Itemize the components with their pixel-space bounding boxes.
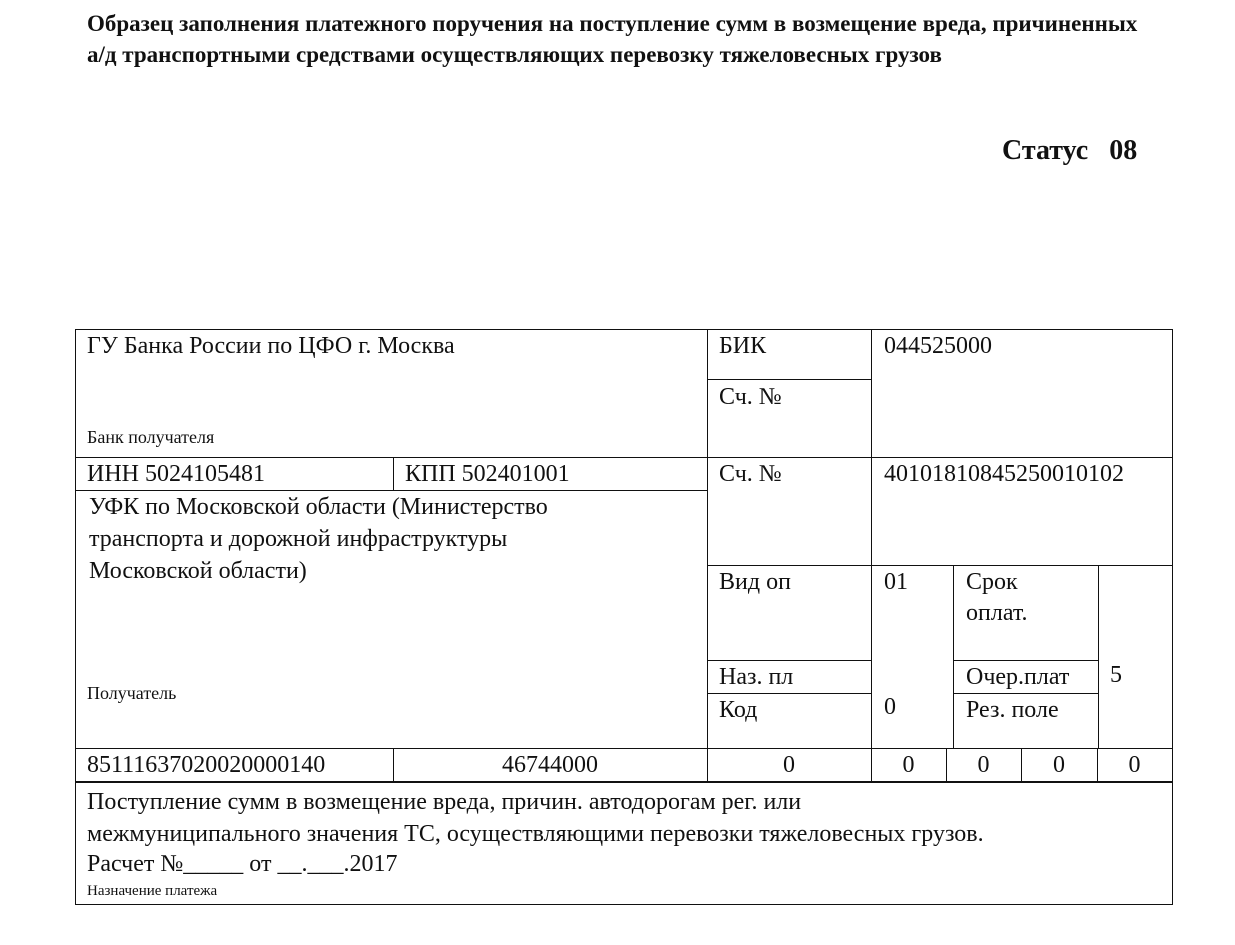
- grid-line: [871, 329, 872, 782]
- grid-line: [393, 457, 394, 490]
- recipient-name-line: транспорта и дорожной инфраструктуры: [89, 523, 507, 555]
- ocher-label: Очер.плат: [966, 661, 1069, 693]
- code-cell: 0: [707, 749, 871, 781]
- purpose-caption: Назначение платежа: [87, 883, 217, 900]
- bank-name: ГУ Банка России по ЦФО г. Москва: [87, 330, 455, 362]
- bank-account-label: Сч. №: [719, 381, 782, 413]
- vid-op-value: 01: [884, 566, 908, 598]
- bik-label: БИК: [719, 330, 766, 362]
- grid-line: [1098, 565, 1099, 748]
- recipient-caption: Получатель: [87, 683, 176, 704]
- recipient-name-line: Московской области): [89, 555, 307, 587]
- grid-line: [707, 379, 871, 380]
- purpose-line: Поступление сумм в возмещение вреда, при…: [87, 786, 801, 818]
- vid-op-label: Вид оп: [719, 566, 791, 598]
- kbk-code: 85111637020020000140: [87, 749, 325, 781]
- code-cell: 0: [946, 749, 1021, 781]
- recipient-account-value: 40101810845250010102: [884, 458, 1124, 490]
- srok-label-2: оплат.: [966, 597, 1028, 629]
- grid-line: [953, 565, 954, 748]
- grid-line: [707, 329, 708, 782]
- recipient-name-line: УФК по Московской области (Министерство: [89, 491, 548, 523]
- status-label: Статус: [1002, 135, 1088, 166]
- document-title: Образец заполнения платежного поручения …: [87, 8, 1147, 70]
- kpp-field: КПП 502401001: [405, 458, 570, 490]
- grid-line: [75, 329, 76, 905]
- purpose-line: межмуниципального значения ТС, осуществл…: [87, 818, 984, 850]
- code-cell: 0: [1021, 749, 1097, 781]
- kod-value: 0: [884, 691, 896, 723]
- srok-label: Срок: [966, 566, 1018, 598]
- grid-line: [75, 904, 1172, 905]
- kod-label: Код: [719, 694, 757, 726]
- grid-line: [1172, 329, 1173, 905]
- status-field: Статус 08: [1002, 135, 1137, 167]
- bank-caption: Банк получателя: [87, 427, 214, 448]
- ocher-value: 5: [1110, 659, 1122, 691]
- oktmo-code: 46744000: [393, 749, 707, 781]
- rez-label: Рез. поле: [966, 694, 1059, 726]
- code-cell: 0: [1097, 749, 1172, 781]
- grid-line: [75, 781, 1172, 783]
- bik-value: 044525000: [884, 330, 992, 362]
- recipient-account-label: Сч. №: [719, 458, 782, 490]
- purpose-line: Расчет №_____ от __.___.2017: [87, 848, 397, 880]
- naz-label: Наз. пл: [719, 661, 793, 693]
- status-value: 08: [1109, 135, 1137, 166]
- inn-field: ИНН 5024105481: [87, 458, 265, 490]
- code-cell: 0: [871, 749, 946, 781]
